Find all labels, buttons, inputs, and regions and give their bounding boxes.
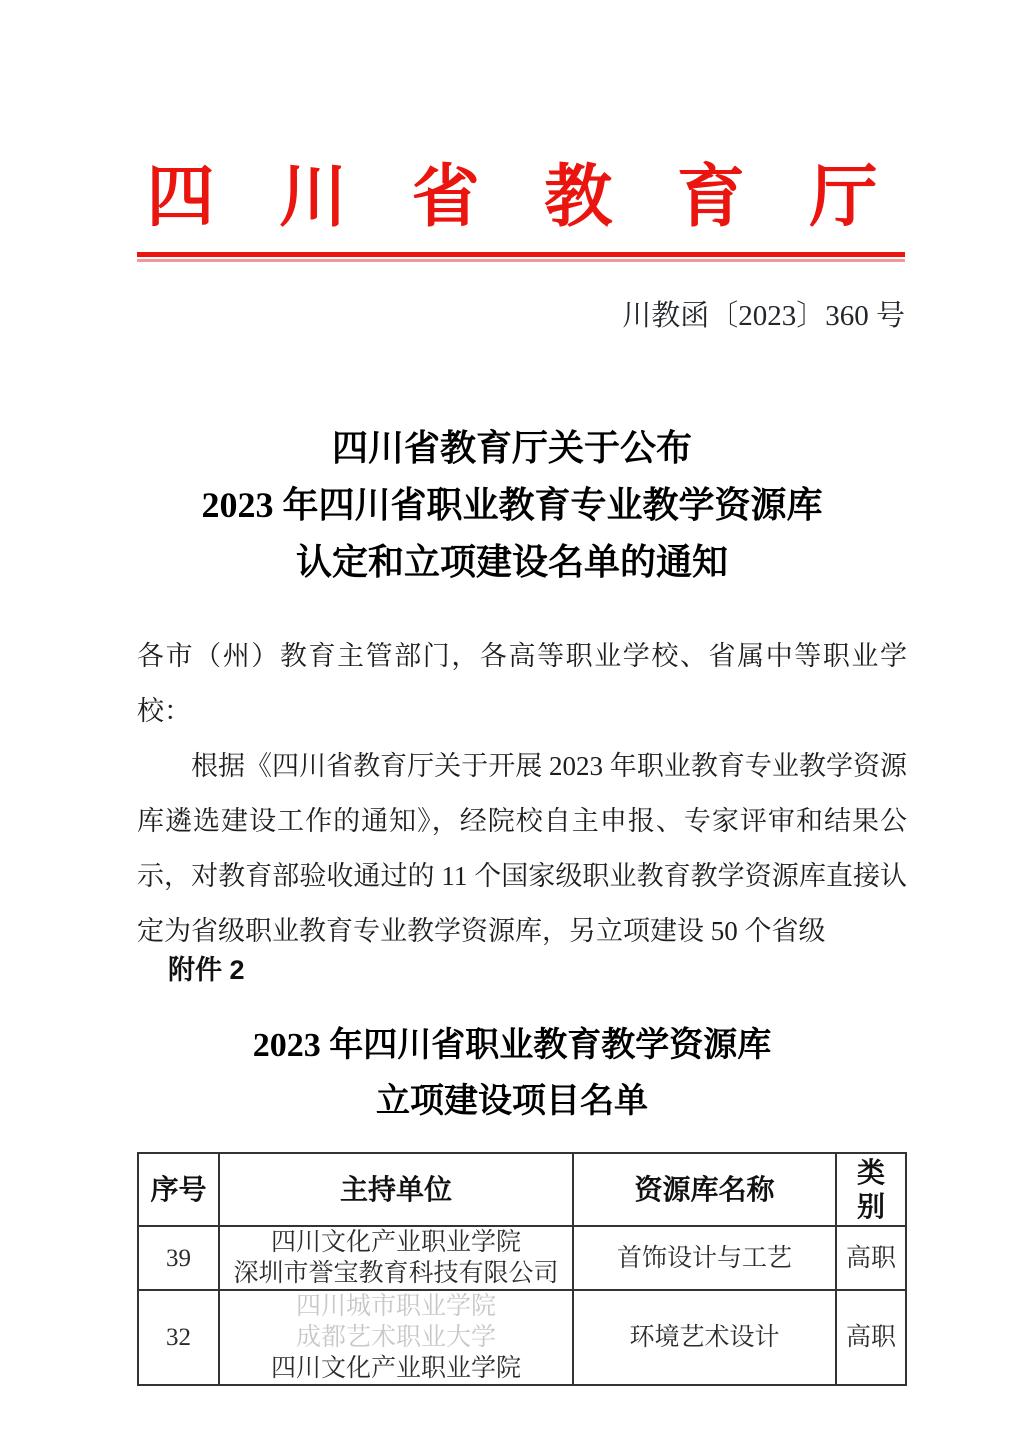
table-row: 39 四川文化产业职业学院 深圳市誉宝教育科技有限公司 首饰设计与工艺 高职 (138, 1226, 906, 1290)
agency-letterhead: 四川省教育厅 (0, 143, 1024, 240)
table-header-row: 序号 主持单位 资源库名称 类 别 (138, 1153, 906, 1226)
document-title-line-3: 认定和立项建设名单的通知 (0, 534, 1024, 591)
host-unit-line: 深圳市誉宝教育科技有限公司 (220, 1258, 572, 1289)
header-host-unit: 主持单位 (219, 1153, 573, 1226)
divider-thin-line (137, 259, 905, 262)
cell-seq: 32 (138, 1290, 219, 1385)
cell-seq: 39 (138, 1226, 219, 1290)
host-unit-line: 四川文化产业职业学院 (220, 1227, 572, 1258)
attachment-title: 2023 年四川省职业教育教学资源库 立项建设项目名单 (0, 1018, 1024, 1130)
host-unit-line: 四川文化产业职业学院 (220, 1353, 572, 1384)
cell-host-units: 四川城市职业学院 成都艺术职业大学 四川文化产业职业学院 (219, 1290, 573, 1385)
header-category: 类 别 (836, 1153, 906, 1226)
letterhead-divider (137, 252, 905, 262)
cell-category: 高职 (836, 1290, 906, 1385)
cell-resource-name: 首饰设计与工艺 (573, 1226, 836, 1290)
cell-category: 高职 (836, 1226, 906, 1290)
header-resource-name: 资源库名称 (573, 1153, 836, 1226)
document-title-line-1: 四川省教育厅关于公布 (0, 420, 1024, 477)
project-list-table: 序号 主持单位 资源库名称 类 别 39 四川文化产业职业学院 深圳市誉宝教育科… (137, 1152, 907, 1386)
host-unit-line: 成都艺术职业大学 (220, 1322, 572, 1353)
body-paragraph: 根据《四川省教育厅关于开展 2023 年职业教育专业教学资源库遴选建设工作的通知… (137, 739, 907, 959)
document-reference-number: 川教函〔2023〕360 号 (137, 293, 905, 334)
document-title-line-2: 2023 年四川省职业教育专业教学资源库 (0, 477, 1024, 534)
salutation-line: 各市（州）教育主管部门，各高等职业学校、省属中等职业学校： (137, 629, 907, 739)
cell-host-units: 四川文化产业职业学院 深圳市誉宝教育科技有限公司 (219, 1226, 573, 1290)
attachment-title-line-2: 立项建设项目名单 (0, 1074, 1024, 1130)
table-row: 32 四川城市职业学院 成都艺术职业大学 四川文化产业职业学院 环境艺术设计 高… (138, 1290, 906, 1385)
document-page: 四川省教育厅 川教函〔2023〕360 号 四川省教育厅关于公布 2023 年四… (0, 0, 1024, 1448)
attachment-label: 附件 2 (168, 948, 245, 987)
divider-thick-line (137, 252, 905, 257)
header-seq: 序号 (138, 1153, 219, 1226)
host-unit-line: 四川城市职业学院 (220, 1291, 572, 1322)
cell-resource-name: 环境艺术设计 (573, 1290, 836, 1385)
attachment-title-line-1: 2023 年四川省职业教育教学资源库 (0, 1018, 1024, 1074)
document-title: 四川省教育厅关于公布 2023 年四川省职业教育专业教学资源库 认定和立项建设名… (0, 420, 1024, 591)
document-body: 各市（州）教育主管部门，各高等职业学校、省属中等职业学校： 根据《四川省教育厅关… (137, 629, 907, 959)
